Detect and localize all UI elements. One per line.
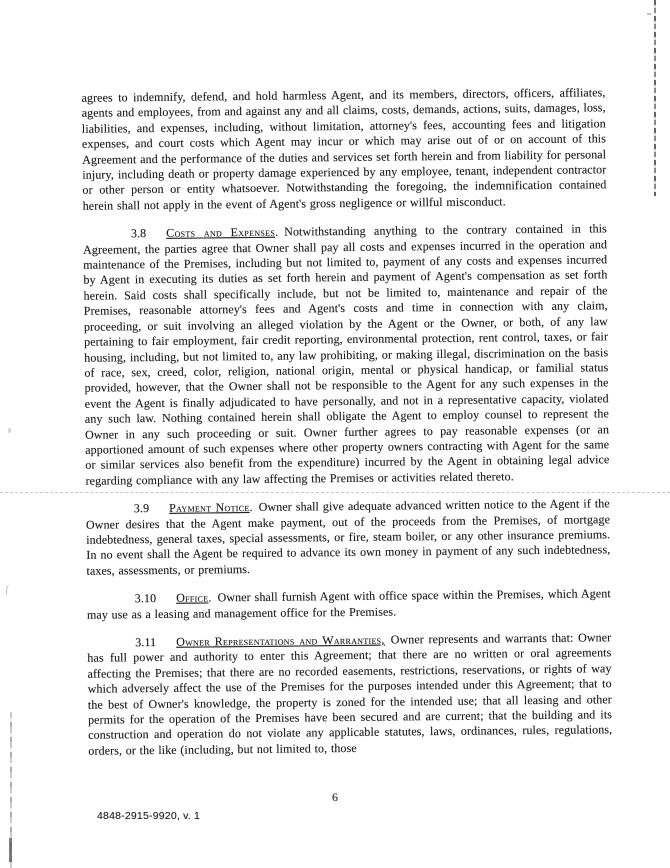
section-body: Notwithstanding anything to the contrary…: [83, 222, 609, 488]
section-heading-punct: .: [275, 225, 278, 239]
scanned-document-page: agrees to indemnify, defend, and hold ha…: [0, 0, 670, 868]
document-id-footer: 4848-2915-9920, v. 1: [97, 810, 200, 822]
scan-streak-bottom-left-dark: [9, 838, 12, 862]
section-body: Owner shall give adequate advanced writt…: [86, 496, 610, 577]
section-3-10: 3.10Office.Owner shall furnish Agent wit…: [87, 586, 611, 622]
scan-speck-top-right: [647, 13, 651, 15]
scan-speck-left-edge: [8, 428, 11, 433]
section-heading: Payment Notice: [169, 500, 250, 515]
section-heading: Owner Representations and Warranties,: [176, 633, 385, 649]
scan-mark-left-edge: [5, 584, 12, 597]
section-number: 3.11: [135, 635, 156, 651]
section-number: 3.8: [131, 226, 146, 242]
section-number: 3.10: [135, 591, 157, 607]
section-heading: Costs and Expenses: [166, 225, 275, 240]
section-heading-punct: .: [208, 591, 211, 605]
section-body: Owner represents and warrants that: Owne…: [87, 630, 612, 757]
section-heading: Office: [176, 591, 208, 605]
section-3-11: 3.11Owner Representations and Warranties…: [87, 630, 612, 759]
scan-streak-right-edge: [654, 0, 656, 196]
section-3-9: 3.9Payment Notice.Owner shall give adequ…: [86, 496, 611, 579]
intro-paragraph: agrees to indemnify, defend, and hold ha…: [81, 85, 606, 214]
section-body: Owner shall furnish Agent with office sp…: [87, 586, 611, 621]
document-text-block: agrees to indemnify, defend, and hold ha…: [81, 85, 612, 772]
intro-paragraph-text: agrees to indemnify, defend, and hold ha…: [81, 85, 606, 212]
section-3-8: 3.8Costs and Expenses.Notwithstanding an…: [83, 222, 610, 489]
section-number: 3.9: [134, 501, 149, 517]
page-number: 6: [0, 790, 670, 805]
section-heading-punct: .: [249, 500, 252, 514]
scan-dotted-line: [0, 492, 670, 493]
